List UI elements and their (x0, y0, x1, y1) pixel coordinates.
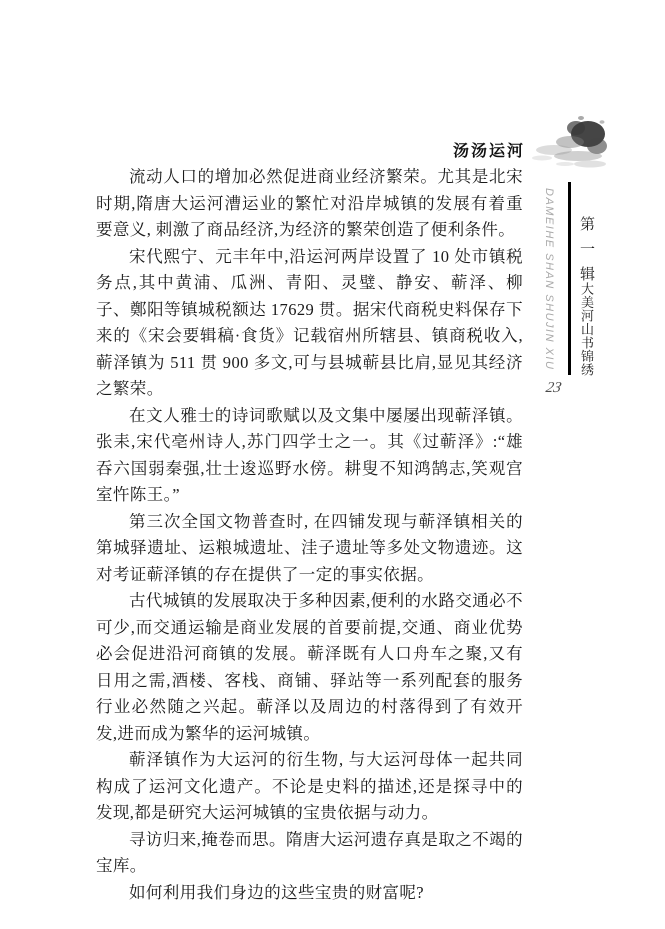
chapter-title: 汤汤运河 (453, 138, 525, 161)
paragraph-1: 流动人口的增加必然促进商业经济繁荣。尤其是北宋时期,隋唐大运河漕运业的繁忙对沿岸… (96, 164, 523, 244)
paragraph-3: 在文人雅士的诗词歌赋以及文集中屡屡出现蕲泽镇。张耒,宋代亳州诗人,苏门四学士之一… (96, 403, 523, 509)
paragraph-7: 寻访归来,掩卷而思。隋唐大运河遗存真是取之不竭的宝库。 (96, 827, 523, 880)
body-text: 流动人口的增加必然促进商业经济繁荣。尤其是北宋时期,隋唐大运河漕运业的繁忙对沿岸… (96, 164, 523, 906)
series-volume-vertical: 第一辑 (576, 216, 597, 291)
paragraph-4: 第三次全国文物普查时, 在四铺发现与蕲泽镇相关的第城驿遗址、运粮城遗址、洼子遗址… (96, 509, 523, 589)
paragraph-5: 古代城镇的发展取决于多种因素,便利的水路交通必不可少,而交通运输是商业发展的首要… (96, 588, 523, 747)
page-number: 23 (544, 380, 563, 397)
series-title-vertical: 大美河山书锦绣 (577, 282, 596, 377)
paragraph-6: 蕲泽镇作为大运河的衍生物, 与大运河母体一起共同构成了运河文化遗产。不论是史料的… (96, 747, 523, 827)
ink-painting-icon (518, 108, 608, 172)
series-pinyin-vertical: DAMEIHE SHAN SHUJIN XIU (543, 188, 555, 388)
paragraph-2: 宋代熙宁、元丰年中,沿运河两岸设置了 10 处市镇税务点,其中黄浦、瓜洲、青阳、… (96, 244, 523, 403)
vertical-rule (568, 182, 571, 375)
paragraph-8: 如何利用我们身边的这些宝贵的财富呢? (96, 880, 523, 907)
book-page: 汤汤运河 流动人口的增加必然促进商业经济繁荣。尤其是北宋时期,隋唐大运河漕运业的… (0, 0, 665, 929)
